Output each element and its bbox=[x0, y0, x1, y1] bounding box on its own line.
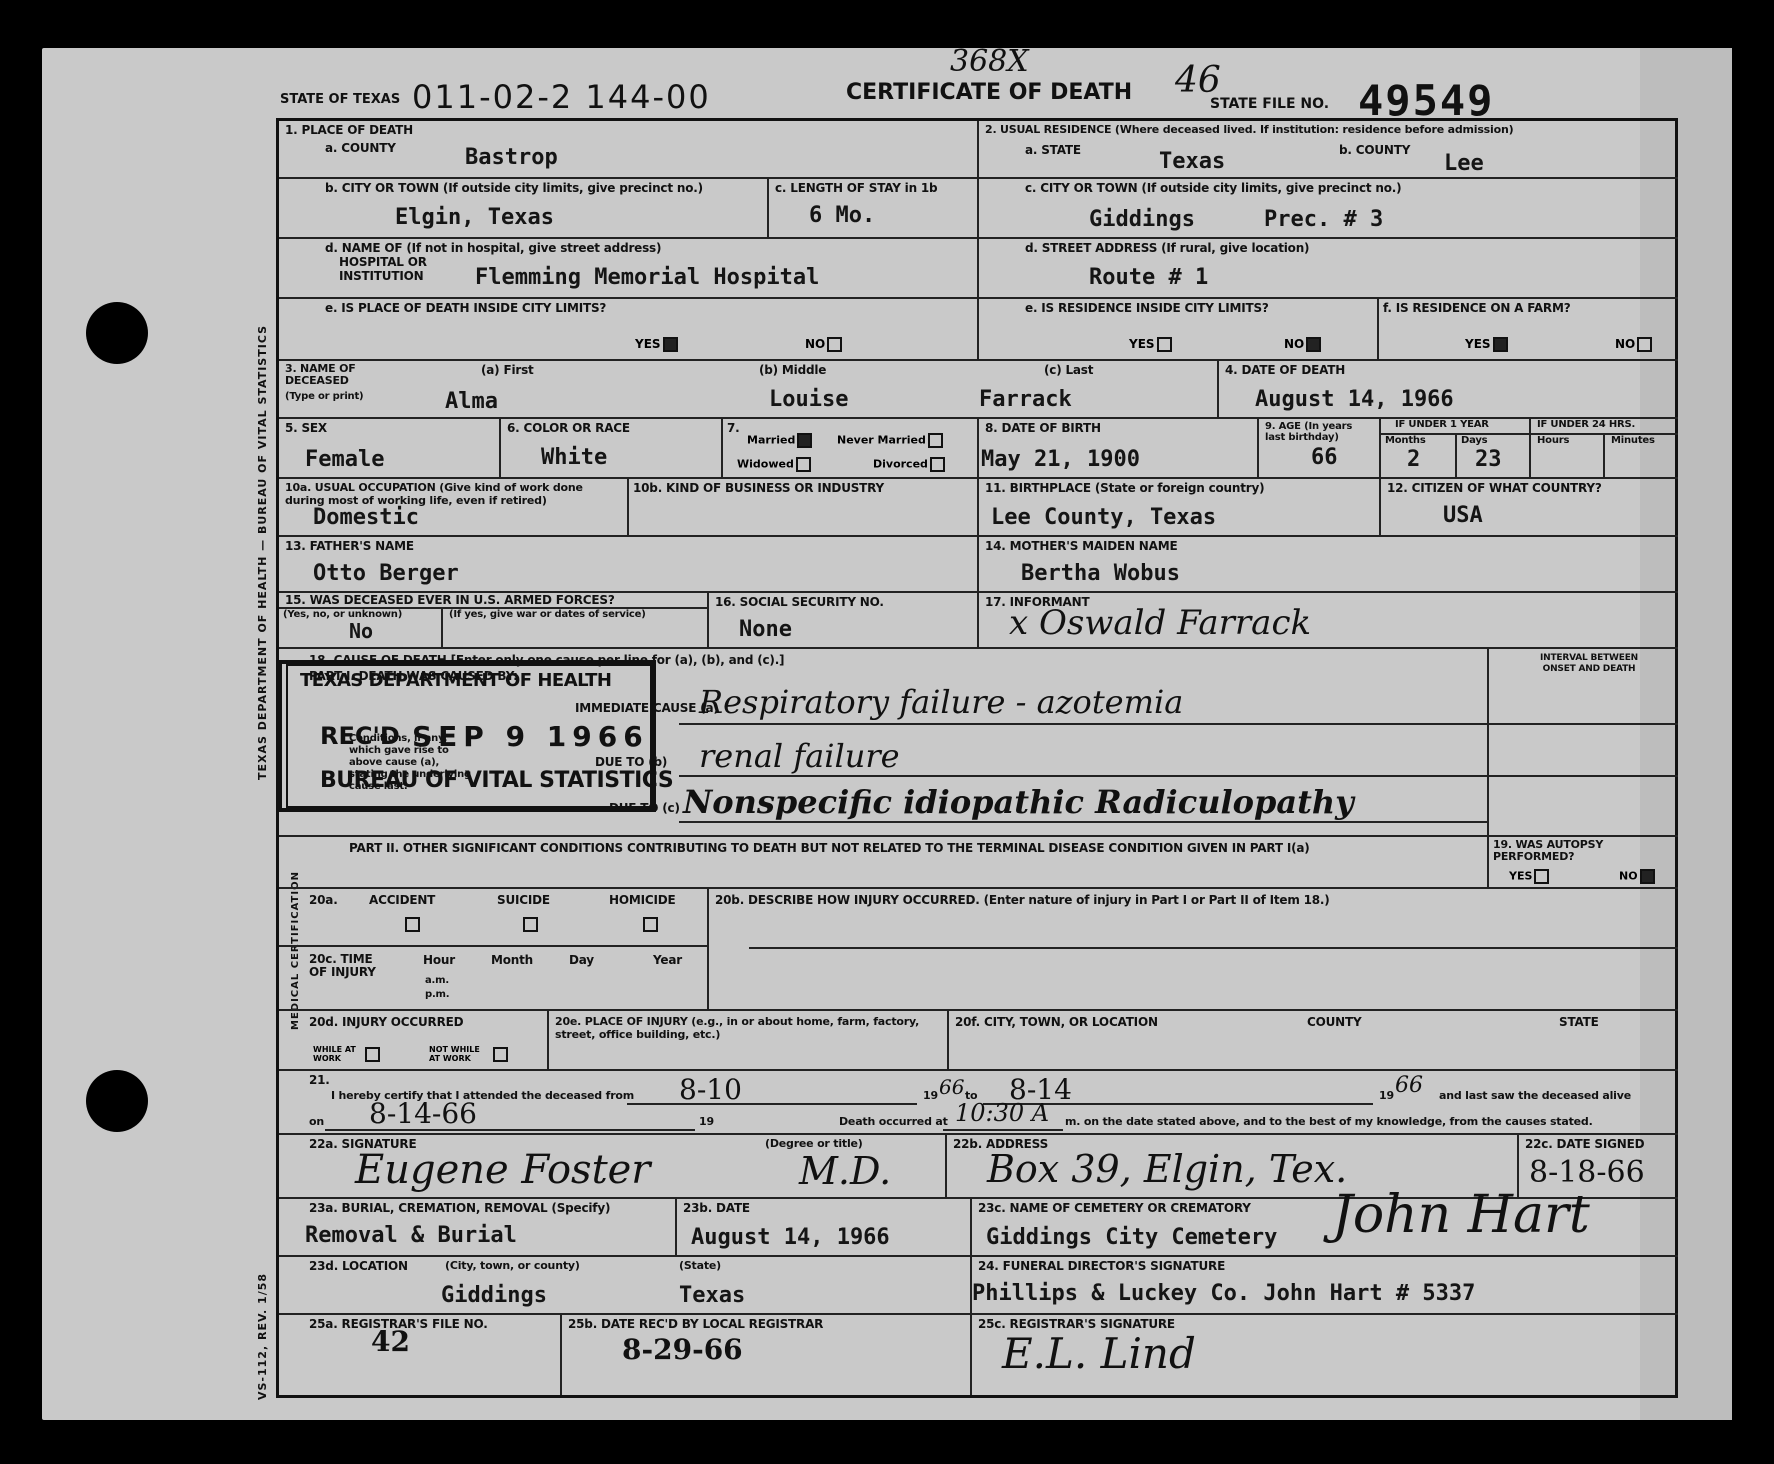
marital-married[interactable]: Married bbox=[747, 433, 812, 448]
year-prefix-3: 19 bbox=[699, 1115, 714, 1128]
physician-address[interactable]: Box 39, Elgin, Tex. bbox=[987, 1147, 1347, 1191]
age-label: 9. AGE (In years last birthday) bbox=[1265, 421, 1375, 443]
first-name-value[interactable]: Alma bbox=[445, 389, 498, 414]
under-1-year-label: IF UNDER 1 YEAR bbox=[1395, 419, 1489, 430]
usual-residence-section-label: 2. USUAL RESIDENCE (Where deceased lived… bbox=[985, 123, 1513, 136]
checkbox-checked-icon[interactable] bbox=[663, 337, 678, 352]
accident-label: ACCIDENT bbox=[369, 893, 435, 907]
res-on-farm-cell: f. IS RESIDENCE ON A FARM? YES NO bbox=[1379, 299, 1678, 361]
length-of-stay-label: c. LENGTH OF STAY in 1b bbox=[775, 181, 937, 195]
disposition-method-value[interactable]: Removal & Burial bbox=[305, 1223, 517, 1248]
divider bbox=[441, 607, 443, 649]
sex-cell: 5. SEX Female bbox=[279, 419, 501, 479]
registrar-file-cell: 25a. REGISTRAR'S FILE NO. 42 bbox=[279, 1315, 562, 1395]
birthplace-value[interactable]: Lee County, Texas bbox=[991, 505, 1216, 530]
no-label: NO bbox=[805, 337, 825, 351]
age-value[interactable]: 66 bbox=[1311, 445, 1338, 470]
stamp-date: SEP 9 1966 bbox=[412, 720, 649, 753]
res-street-cell: d. STREET ADDRESS (If rural, give locati… bbox=[979, 239, 1678, 299]
never-married-label: Never Married bbox=[837, 434, 926, 447]
yes-label: YES bbox=[1129, 337, 1155, 351]
physician-degree[interactable]: M.D. bbox=[799, 1149, 891, 1193]
form-number: VS-112, REV. 1/58 bbox=[256, 1273, 269, 1400]
handwritten-year-annotation: 46 bbox=[1175, 60, 1221, 101]
checkbox-empty-icon[interactable] bbox=[930, 457, 945, 472]
days-label: Days bbox=[1461, 435, 1487, 446]
res-state-label: a. STATE bbox=[1025, 143, 1081, 157]
injury-location-cell: 20f. CITY, TOWN, OR LOCATION COUNTY STAT… bbox=[949, 1011, 1678, 1071]
disposition-date-value[interactable]: August 14, 1966 bbox=[691, 1225, 890, 1250]
months-label: Months bbox=[1385, 435, 1426, 446]
stamp-recd: REC'D bbox=[320, 722, 400, 750]
birthplace-cell: 11. BIRTHPLACE (State or foreign country… bbox=[979, 479, 1381, 537]
time-of-injury-cell: 20c. TIME OF INJURY Hour a.m. p.m. Month… bbox=[279, 947, 709, 1011]
injury-city-label: 20f. CITY, TOWN, OR LOCATION bbox=[955, 1015, 1158, 1029]
funeral-director-cell: 24. FUNERAL DIRECTOR'S SIGNATURE Phillip… bbox=[972, 1257, 1678, 1315]
physician-signature[interactable]: Eugene Foster bbox=[355, 1147, 650, 1193]
hospital-label: d. NAME OF (If not in hospital, give str… bbox=[325, 241, 661, 255]
manner-cell: 20a. ACCIDENT SUICIDE HOMICIDE bbox=[279, 889, 709, 947]
hospital-label-2: HOSPITAL OR bbox=[339, 255, 427, 269]
month-label: Month bbox=[491, 953, 533, 967]
res-inside-city-label: e. IS RESIDENCE INSIDE CITY LIMITS? bbox=[1025, 301, 1269, 315]
res-inside-city-yes[interactable]: YES bbox=[1129, 337, 1172, 352]
sex-value[interactable]: Female bbox=[305, 447, 384, 472]
autopsy-label: 19. WAS AUTOPSY PERFORMED? bbox=[1493, 839, 1673, 863]
registrar-file-value[interactable]: 42 bbox=[371, 1325, 410, 1358]
res-precinct-value[interactable]: Prec. # 3 bbox=[1264, 207, 1383, 232]
checkbox-checked-icon[interactable] bbox=[1306, 337, 1321, 352]
last-seen-value[interactable]: 8-14-66 bbox=[369, 1097, 477, 1130]
attended-from-value[interactable]: 8-10 bbox=[679, 1073, 742, 1106]
cert-text-3: m. on the date stated above, and to the … bbox=[1065, 1115, 1593, 1128]
funeral-director-signature[interactable]: John Hart bbox=[1332, 1185, 1590, 1245]
autopsy-yes[interactable]: YES bbox=[1509, 869, 1549, 884]
checkbox-empty-icon[interactable] bbox=[928, 433, 943, 448]
location-city-value[interactable]: Giddings bbox=[441, 1283, 547, 1308]
location-state-label: (State) bbox=[679, 1259, 721, 1272]
divider bbox=[1489, 775, 1678, 777]
dob-cell: 8. DATE OF BIRTH May 21, 1900 bbox=[979, 419, 1259, 479]
location-city-label: (City, town, or county) bbox=[445, 1259, 580, 1272]
not-while-at-work-checkbox[interactable] bbox=[493, 1047, 508, 1062]
year-prefix-1: 19 bbox=[923, 1089, 938, 1102]
no-label: NO bbox=[1619, 870, 1638, 883]
line-b bbox=[679, 775, 1489, 777]
punch-hole-top bbox=[86, 302, 148, 364]
due-to-b-value[interactable]: renal failure bbox=[699, 737, 900, 775]
pod-inside-city-cell: e. IS PLACE OF DEATH INSIDE CITY LIMITS?… bbox=[279, 299, 979, 361]
hours-label: Hours bbox=[1537, 435, 1569, 446]
informant-cell: 17. INFORMANT x Oswald Farrack bbox=[979, 593, 1678, 649]
state-file-no-label: STATE FILE NO. bbox=[1210, 96, 1329, 112]
dob-label: 8. DATE OF BIRTH bbox=[985, 421, 1101, 435]
while-at-work-label: WHILE AT WORK bbox=[313, 1045, 363, 1063]
year-label: Year bbox=[653, 953, 682, 967]
am-label: a.m. bbox=[425, 975, 449, 986]
deceased-name-label: 3. NAME OF DECEASED bbox=[285, 363, 375, 387]
due-to-c-value[interactable]: Nonspecific idiopathic Radiculopathy bbox=[683, 783, 1354, 821]
punch-hole-bottom bbox=[86, 1070, 148, 1132]
stamp-line-3: BUREAU OF VITAL STATISTICS bbox=[320, 768, 673, 793]
under-24-hrs-label: IF UNDER 24 HRS. bbox=[1537, 419, 1635, 430]
no-label: NO bbox=[1284, 337, 1304, 351]
marital-status-cell: 7. Married Never Married Widowed Divorce… bbox=[723, 419, 979, 479]
autopsy-cell: 19. WAS AUTOPSY PERFORMED? YES NO bbox=[1489, 837, 1678, 889]
manner-label: 20a. bbox=[309, 893, 338, 907]
armed-forces-label: 15. WAS DECEASED EVER IN U.S. ARMED FORC… bbox=[285, 593, 615, 607]
certification-cell: 21. I hereby certify that I attended the… bbox=[279, 1071, 1678, 1135]
citizen-value[interactable]: USA bbox=[1443, 503, 1483, 528]
birthplace-label: 11. BIRTHPLACE (State or foreign country… bbox=[985, 481, 1264, 495]
injury-occurred-label: 20d. INJURY OCCURRED bbox=[309, 1015, 463, 1029]
cemetery-label: 23c. NAME OF CEMETERY OR CREMATORY bbox=[978, 1201, 1251, 1215]
business-label: 10b. KIND OF BUSINESS OR INDUSTRY bbox=[633, 481, 884, 495]
yes-label: YES bbox=[1509, 870, 1532, 883]
marital-divorced[interactable]: Divorced bbox=[873, 457, 945, 472]
res-street-value[interactable]: Route # 1 bbox=[1089, 265, 1208, 290]
race-label: 6. COLOR OR RACE bbox=[507, 421, 630, 435]
last-name-value[interactable]: Farrack bbox=[979, 387, 1072, 412]
funeral-director-value[interactable]: Phillips & Luckey Co. John Hart # 5337 bbox=[972, 1281, 1475, 1306]
registrar-date-cell: 25b. DATE REC'D BY LOCAL REGISTRAR 8-29-… bbox=[562, 1315, 972, 1395]
year-prefix-2: 19 bbox=[1379, 1089, 1394, 1102]
occupation-cell: 10a. USUAL OCCUPATION (Give kind of work… bbox=[279, 479, 629, 537]
armed-forces-sub2: (If yes, give war or dates of service) bbox=[449, 609, 646, 620]
pod-inside-city-no[interactable]: NO bbox=[805, 337, 842, 352]
checkbox-checked-icon[interactable] bbox=[1493, 337, 1508, 352]
sex-label: 5. SEX bbox=[285, 421, 327, 435]
mother-label: 14. MOTHER'S MAIDEN NAME bbox=[985, 539, 1177, 553]
registrar-date-label: 25b. DATE REC'D BY LOCAL REGISTRAR bbox=[568, 1317, 823, 1331]
informant-signature[interactable]: x Oswald Farrack bbox=[1009, 603, 1311, 643]
divider bbox=[749, 947, 1678, 949]
registrar-signature[interactable]: E.L. Lind bbox=[1002, 1329, 1196, 1378]
interval-cell: INTERVAL BETWEEN ONSET AND DEATH bbox=[1489, 649, 1678, 837]
race-value[interactable]: White bbox=[541, 445, 607, 470]
physician-signature-cell: 22a. SIGNATURE (Degree or title) Eugene … bbox=[279, 1135, 947, 1199]
pod-city-value[interactable]: Elgin, Texas bbox=[395, 205, 554, 230]
homicide-label: HOMICIDE bbox=[609, 893, 675, 907]
divorced-label: Divorced bbox=[873, 458, 928, 471]
divider bbox=[1489, 723, 1678, 725]
line bbox=[943, 1129, 1063, 1131]
place-of-death-section-label: 1. PLACE OF DEATH bbox=[285, 123, 413, 137]
line-c bbox=[679, 821, 1489, 823]
pod-city-cell: b. CITY OR TOWN (If outside city limits,… bbox=[279, 179, 769, 239]
res-on-farm-no[interactable]: NO bbox=[1615, 337, 1652, 352]
father-label: 13. FATHER'S NAME bbox=[285, 539, 414, 553]
first-name-label: (a) First bbox=[481, 363, 534, 377]
citizen-label: 12. CITIZEN OF WHAT COUNTRY? bbox=[1387, 481, 1602, 495]
deceased-name-cell: 3. NAME OF DECEASED (Type or print) (a) … bbox=[279, 361, 1219, 419]
disposition-location-cell: 23d. LOCATION (City, town, or county) Gi… bbox=[279, 1257, 972, 1315]
part2-cell: PART II. OTHER SIGNIFICANT CONDITIONS CO… bbox=[279, 837, 1489, 889]
checkbox-empty-icon[interactable] bbox=[1534, 869, 1549, 884]
marital-never-married[interactable]: Never Married bbox=[837, 433, 943, 448]
res-on-farm-yes[interactable]: YES bbox=[1465, 337, 1508, 352]
on-label: on bbox=[309, 1115, 324, 1128]
res-county-label: b. COUNTY bbox=[1339, 143, 1410, 157]
pm-label: p.m. bbox=[425, 989, 449, 1000]
injury-occurred-cell: 20d. INJURY OCCURRED WHILE AT WORK NOT W… bbox=[279, 1011, 549, 1071]
disposition-method-label: 23a. BURIAL, CREMATION, REMOVAL (Specify… bbox=[309, 1201, 610, 1215]
checkbox-empty-icon[interactable] bbox=[796, 457, 811, 472]
funeral-director-label: 24. FUNERAL DIRECTOR'S SIGNATURE bbox=[978, 1259, 1225, 1273]
under-24-hrs-cell: IF UNDER 24 HRS. Hours Minutes bbox=[1531, 419, 1678, 479]
widowed-label: Widowed bbox=[737, 458, 794, 471]
occupation-value[interactable]: Domestic bbox=[313, 505, 419, 530]
date-of-death-label: 4. DATE OF DEATH bbox=[1225, 363, 1345, 377]
hour-label: Hour bbox=[423, 953, 455, 967]
registrar-signature-cell: 25c. REGISTRAR'S SIGNATURE E.L. Lind bbox=[972, 1315, 1678, 1395]
time-of-injury-label: 20c. TIME OF INJURY bbox=[309, 953, 389, 979]
res-county-value[interactable]: Lee bbox=[1444, 151, 1484, 176]
attended-from-year[interactable]: 66 bbox=[939, 1075, 964, 1099]
deceased-name-sub: (Type or print) bbox=[285, 391, 363, 402]
suicide-checkbox[interactable] bbox=[523, 917, 538, 932]
location-state-value[interactable]: Texas bbox=[679, 1283, 745, 1308]
middle-name-value[interactable]: Louise bbox=[769, 387, 848, 412]
marital-label: 7. bbox=[727, 421, 740, 435]
accident-checkbox[interactable] bbox=[405, 917, 420, 932]
describe-injury-cell: 20b. DESCRIBE HOW INJURY OCCURRED. (Ente… bbox=[709, 889, 1678, 1011]
part2-label: PART II. OTHER SIGNIFICANT CONDITIONS CO… bbox=[349, 841, 1310, 855]
state-label: STATE OF TEXAS bbox=[280, 92, 400, 107]
while-at-work-checkbox[interactable] bbox=[365, 1047, 380, 1062]
disposition-method-cell: 23a. BURIAL, CREMATION, REMOVAL (Specify… bbox=[279, 1199, 677, 1257]
place-of-injury-cell: 20e. PLACE OF INJURY (e.g., in or about … bbox=[549, 1011, 949, 1071]
res-inside-city-no[interactable]: NO bbox=[1284, 337, 1321, 352]
line bbox=[627, 1103, 917, 1105]
business-cell: 10b. KIND OF BUSINESS OR INDUSTRY bbox=[629, 479, 979, 537]
hospital-cell: d. NAME OF (If not in hospital, give str… bbox=[279, 239, 979, 299]
not-while-at-work-label: NOT WHILE AT WORK bbox=[429, 1045, 485, 1063]
middle-name-label: (b) Middle bbox=[759, 363, 826, 377]
length-of-stay-value[interactable]: 6 Mo. bbox=[809, 203, 875, 228]
res-inside-city-cell: e. IS RESIDENCE INSIDE CITY LIMITS? YES … bbox=[979, 299, 1379, 361]
disposition-date-label: 23b. DATE bbox=[683, 1201, 750, 1215]
received-stamp: TEXAS DEPARTMENT OF HEALTH REC'D SEP 9 1… bbox=[278, 660, 656, 812]
divider bbox=[1603, 433, 1605, 479]
res-city-label: c. CITY OR TOWN (If outside city limits,… bbox=[1025, 181, 1401, 195]
under-1-year-cell: IF UNDER 1 YEAR Months 2 Days 23 bbox=[1381, 419, 1531, 479]
last-name-label: (c) Last bbox=[1044, 363, 1093, 377]
stamp-line-1: TEXAS DEPARTMENT OF HEALTH bbox=[300, 670, 611, 691]
line-a bbox=[679, 723, 1489, 725]
mother-value[interactable]: Bertha Wobus bbox=[1021, 561, 1180, 586]
citizen-cell: 12. CITIZEN OF WHAT COUNTRY? USA bbox=[1381, 479, 1678, 537]
hospital-value[interactable]: Flemming Memorial Hospital bbox=[475, 265, 819, 290]
armed-forces-sub1: (Yes, no, or unknown) bbox=[283, 609, 402, 620]
autopsy-no[interactable]: NO bbox=[1619, 869, 1655, 884]
side-label: TEXAS DEPARTMENT OF HEALTH — BUREAU OF V… bbox=[256, 325, 269, 780]
death-time-value[interactable]: 10:30 A bbox=[955, 1099, 1049, 1127]
divider bbox=[1455, 433, 1457, 479]
injury-state-label: STATE bbox=[1559, 1015, 1599, 1029]
ssn-label: 16. SOCIAL SECURITY NO. bbox=[715, 595, 884, 609]
minutes-label: Minutes bbox=[1611, 435, 1655, 446]
checkbox-checked-icon[interactable] bbox=[797, 433, 812, 448]
marital-widowed[interactable]: Widowed bbox=[737, 457, 811, 472]
checkbox-empty-icon[interactable] bbox=[1157, 337, 1172, 352]
disposition-date-cell: 23b. DATE August 14, 1966 bbox=[677, 1199, 972, 1257]
date-of-death-value[interactable]: August 14, 1966 bbox=[1255, 387, 1454, 412]
homicide-checkbox[interactable] bbox=[643, 917, 658, 932]
pod-county-label: a. COUNTY bbox=[325, 141, 396, 155]
date-signed-label: 22c. DATE SIGNED bbox=[1525, 1137, 1644, 1151]
father-cell: 13. FATHER'S NAME Otto Berger bbox=[279, 537, 979, 593]
hospital-label-3: INSTITUTION bbox=[339, 269, 423, 283]
days-value[interactable]: 23 bbox=[1475, 447, 1502, 472]
registrar-date-value[interactable]: 8-29-66 bbox=[622, 1333, 743, 1366]
location-label: 23d. LOCATION bbox=[309, 1259, 408, 1273]
age-cell: 9. AGE (In years last birthday) 66 bbox=[1259, 419, 1381, 479]
handwritten-ref-number: 011-02-2 144-00 bbox=[412, 78, 711, 116]
ssn-value[interactable]: None bbox=[739, 617, 792, 642]
yes-label: YES bbox=[635, 337, 661, 351]
married-label: Married bbox=[747, 434, 795, 447]
document-title: CERTIFICATE OF DEATH bbox=[846, 80, 1132, 105]
cert-item-label: 21. bbox=[309, 1073, 330, 1087]
handwritten-top-annotation: 368X bbox=[950, 44, 1029, 79]
armed-forces-cell: 15. WAS DECEASED EVER IN U.S. ARMED FORC… bbox=[279, 593, 709, 649]
cemetery-value[interactable]: Giddings City Cemetery bbox=[986, 1225, 1277, 1250]
pod-county-value[interactable]: Bastrop bbox=[465, 145, 558, 170]
pod-city-label: b. CITY OR TOWN (If outside city limits,… bbox=[325, 181, 703, 195]
suicide-label: SUICIDE bbox=[497, 893, 550, 907]
no-label: NO bbox=[1615, 337, 1635, 351]
attended-to-year[interactable]: 66 bbox=[1395, 1073, 1423, 1098]
res-city-value[interactable]: Giddings bbox=[1089, 207, 1195, 232]
cert-text-2: and last saw the deceased alive bbox=[1439, 1089, 1631, 1102]
pod-inside-city-yes[interactable]: YES bbox=[635, 337, 678, 352]
describe-injury-label: 20b. DESCRIBE HOW INJURY OCCURRED. (Ente… bbox=[715, 893, 1330, 907]
death-occurred-label: Death occurred at bbox=[839, 1115, 948, 1128]
place-of-injury-label: 20e. PLACE OF INJURY (e.g., in or about … bbox=[555, 1015, 945, 1041]
interval-label: INTERVAL BETWEEN ONSET AND DEATH bbox=[1529, 653, 1649, 675]
yes-label: YES bbox=[1465, 337, 1491, 351]
pod-inside-city-label: e. IS PLACE OF DEATH INSIDE CITY LIMITS? bbox=[325, 301, 606, 315]
checkbox-checked-icon[interactable] bbox=[1640, 869, 1655, 884]
res-on-farm-label: f. IS RESIDENCE ON A FARM? bbox=[1383, 301, 1570, 315]
injury-county-label: COUNTY bbox=[1307, 1015, 1361, 1029]
dob-value[interactable]: May 21, 1900 bbox=[981, 447, 1140, 472]
months-value[interactable]: 2 bbox=[1407, 447, 1420, 472]
date-of-death-cell: 4. DATE OF DEATH August 14, 1966 bbox=[1219, 361, 1678, 419]
checkbox-empty-icon[interactable] bbox=[827, 337, 842, 352]
res-state-value[interactable]: Texas bbox=[1159, 149, 1225, 174]
occupation-label: 10a. USUAL OCCUPATION (Give kind of work… bbox=[285, 481, 625, 507]
immediate-cause-value[interactable]: Respiratory failure - azotemia bbox=[699, 683, 1183, 721]
mother-cell: 14. MOTHER'S MAIDEN NAME Bertha Wobus bbox=[979, 537, 1678, 593]
res-city-cell: c. CITY OR TOWN (If outside city limits,… bbox=[979, 179, 1678, 239]
race-cell: 6. COLOR OR RACE White bbox=[501, 419, 723, 479]
res-street-label: d. STREET ADDRESS (If rural, give locati… bbox=[1025, 241, 1309, 255]
father-value[interactable]: Otto Berger bbox=[313, 561, 459, 586]
checkbox-empty-icon[interactable] bbox=[1637, 337, 1652, 352]
usual-residence-cell: 2. USUAL RESIDENCE (Where deceased lived… bbox=[979, 121, 1678, 179]
day-label: Day bbox=[569, 953, 594, 967]
ssn-cell: 16. SOCIAL SECURITY NO. None bbox=[709, 593, 979, 649]
armed-forces-value[interactable]: No bbox=[349, 619, 373, 643]
place-of-death-county-cell: 1. PLACE OF DEATH a. COUNTY Bastrop bbox=[279, 121, 979, 179]
length-of-stay-cell: c. LENGTH OF STAY in 1b 6 Mo. bbox=[769, 179, 979, 239]
